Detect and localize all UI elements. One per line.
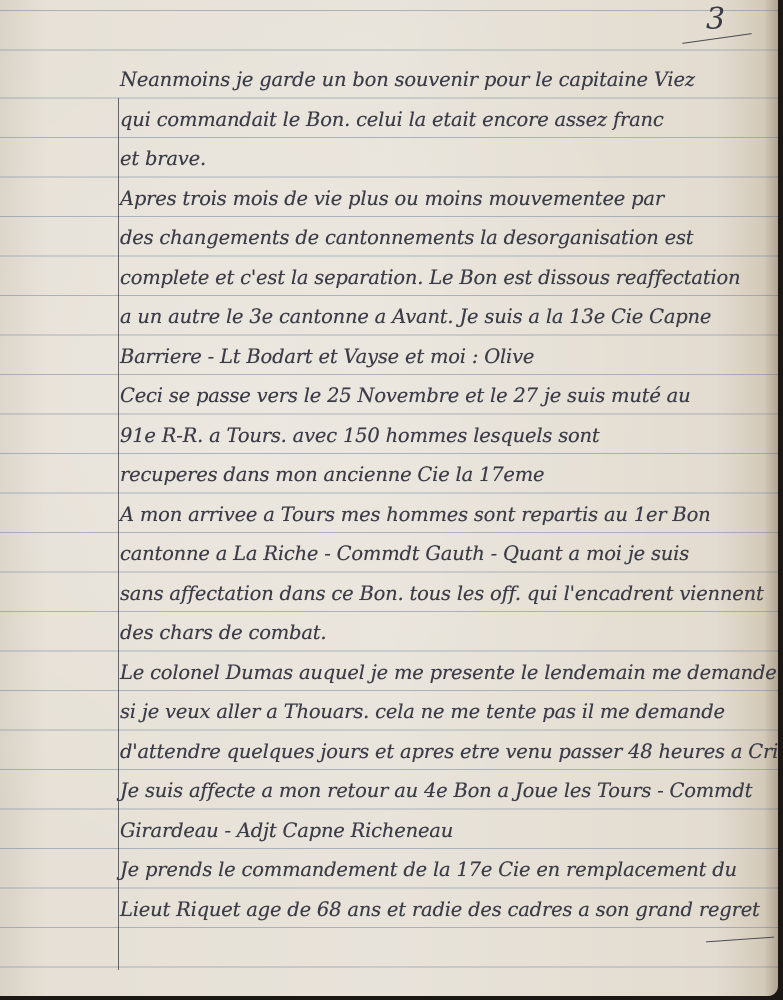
text-line: a un autre le 3e cantonne a Avant. Je su… bbox=[120, 299, 778, 339]
text-line: A mon arrivee a Tours mes hommes sont re… bbox=[120, 497, 778, 537]
text-line: sans affectation dans ce Bon. tous les o… bbox=[120, 576, 778, 616]
page-number: 3 bbox=[706, 2, 725, 37]
text-line: Ceci se passe vers le 25 Novembre et le … bbox=[120, 378, 778, 418]
text-line: 91e R-R. a Tours. avec 150 hommes lesque… bbox=[120, 418, 778, 458]
text-line: Le colonel Dumas auquel je me presente l… bbox=[120, 655, 778, 695]
text-line: si je veux aller a Thouars. cela ne me t… bbox=[120, 694, 778, 734]
text-line: complete et c'est la separation. Le Bon … bbox=[120, 260, 778, 300]
text-line: Barriere - Lt Bodart et Vayse et moi : O… bbox=[120, 339, 778, 379]
margin-line bbox=[118, 98, 119, 970]
text-line: des chars de combat. bbox=[120, 615, 778, 655]
text-line: d'attendre quelques jours et apres etre … bbox=[120, 734, 778, 774]
text-line: Apres trois mois de vie plus ou moins mo… bbox=[120, 181, 778, 221]
handwritten-text: Neanmoins je garde un bon souvenir pour … bbox=[120, 62, 778, 931]
text-line: Girardeau - Adjt Capne Richeneau bbox=[120, 813, 778, 853]
notebook-page: 3 Neanmoins je garde un bon souvenir pou… bbox=[0, 0, 778, 996]
text-line: cantonne a La Riche - Commdt Gauth - Qua… bbox=[120, 536, 778, 576]
text-line: recuperes dans mon ancienne Cie la 17eme bbox=[120, 457, 778, 497]
text-line: Je prends le commandement de la 17e Cie … bbox=[120, 852, 778, 892]
text-line: qui commandait le Bon. celui la etait en… bbox=[120, 102, 778, 142]
text-line: et brave. bbox=[120, 141, 778, 181]
text-line: Je suis affecte a mon retour au 4e Bon a… bbox=[120, 773, 778, 813]
text-line: Lieut Riquet age de 68 ans et radie des … bbox=[120, 892, 778, 932]
text-line: Neanmoins je garde un bon souvenir pour … bbox=[120, 62, 778, 102]
text-line: des changements de cantonnements la deso… bbox=[120, 220, 778, 260]
